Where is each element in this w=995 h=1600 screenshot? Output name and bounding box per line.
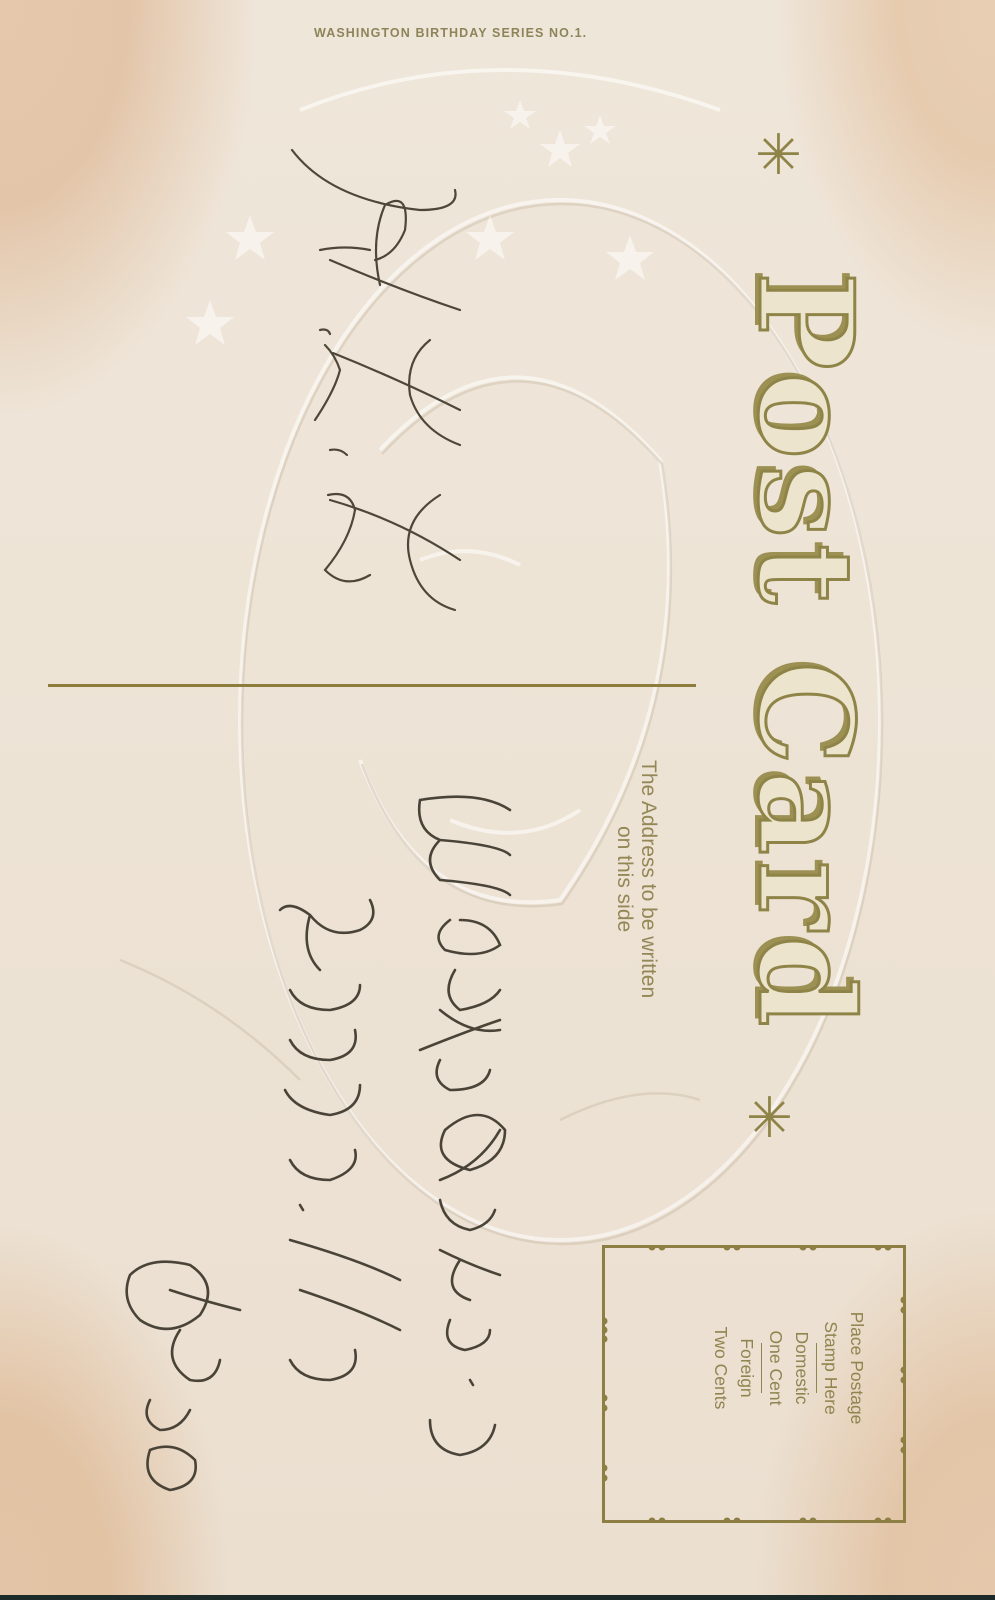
address-instruction-line: The Address to be written [636, 760, 660, 998]
stamp-line: Domestic [789, 1268, 815, 1468]
stamp-separator [816, 1343, 817, 1393]
asterisk-star-icon: ✳ [746, 1090, 793, 1146]
stamp-instructions: Place Postage Stamp Here Domestic One Ce… [708, 1268, 870, 1468]
stamp-separator [761, 1343, 762, 1393]
asterisk-star-icon: ✳ [755, 127, 802, 183]
postcard-title: Post Card [730, 272, 880, 1033]
stamp-line: Foreign [734, 1268, 760, 1468]
message-address-divider [48, 684, 696, 687]
address-instruction-line: on this side [612, 760, 636, 998]
postcard-back: WASHINGTON BIRTHDAY SERIES NO.1. ✳ ✳ Pos… [0, 0, 995, 1595]
series-label: WASHINGTON BIRTHDAY SERIES NO.1. [314, 26, 587, 40]
address-instruction: The Address to be written on this side [612, 760, 660, 998]
stamp-line: One Cent [763, 1268, 789, 1468]
stamp-line: Two Cents [708, 1268, 734, 1468]
stamp-line: Stamp Here [818, 1268, 844, 1468]
stamp-line: Place Postage [844, 1268, 870, 1468]
